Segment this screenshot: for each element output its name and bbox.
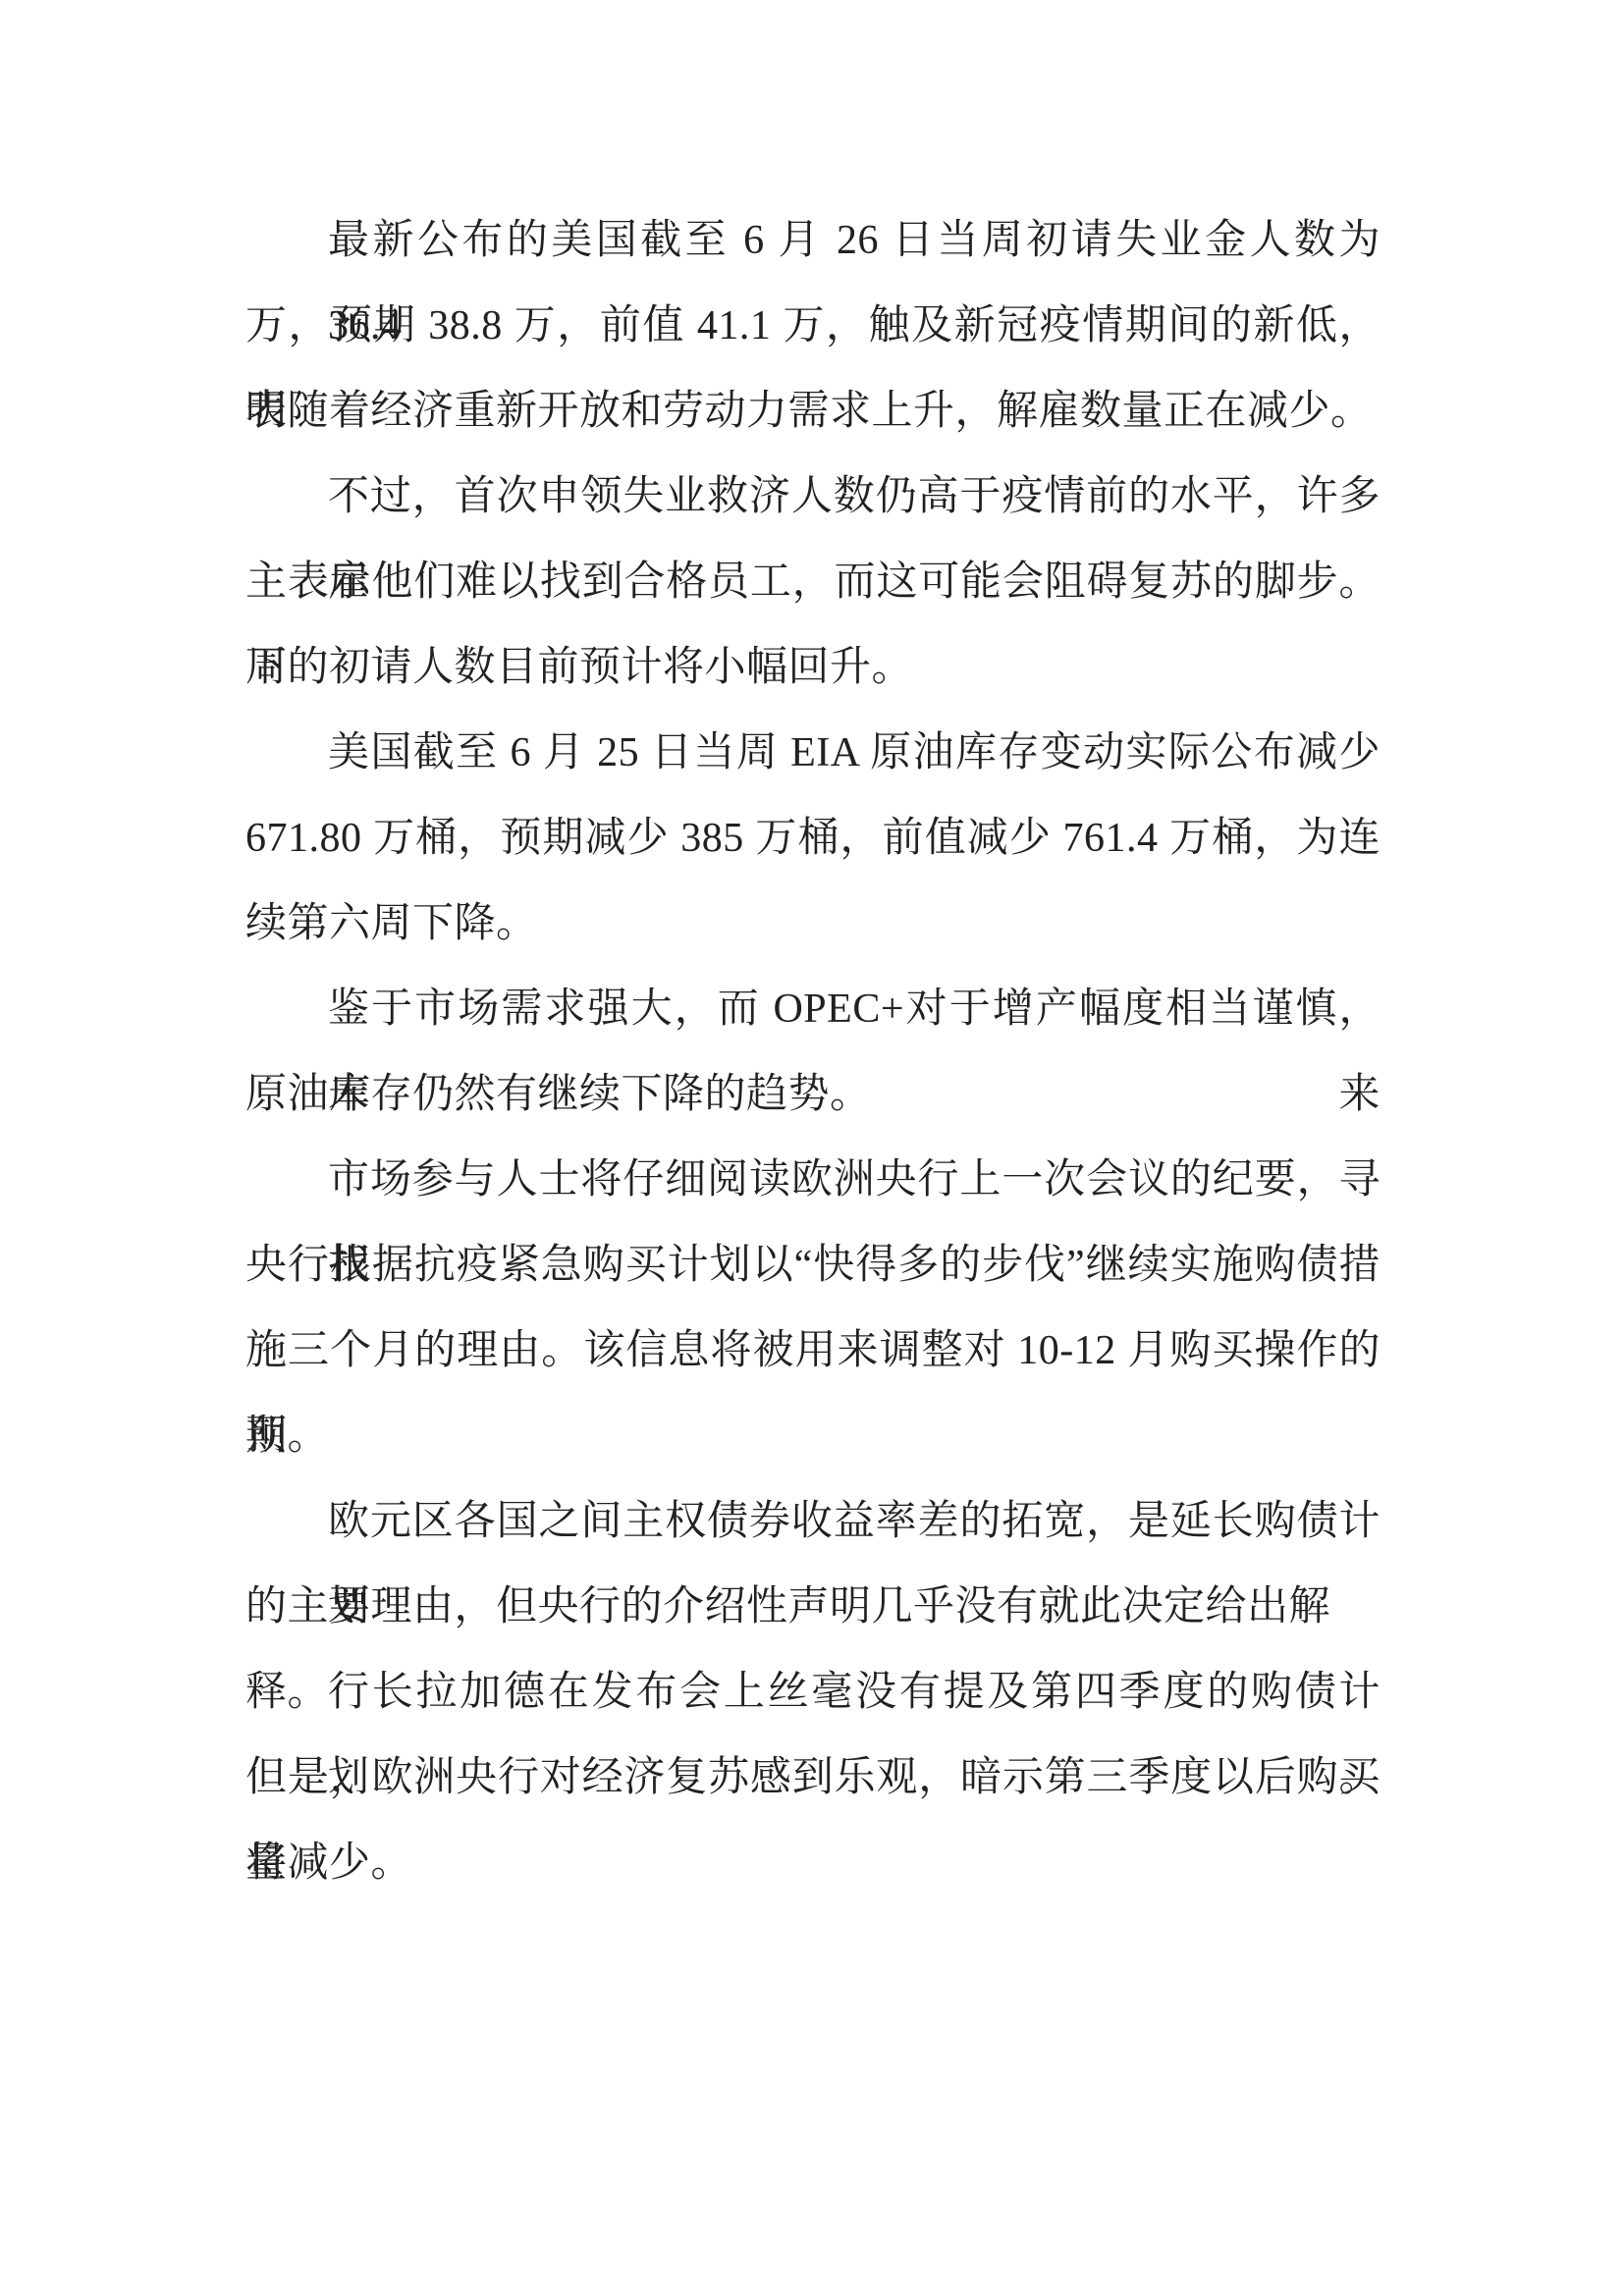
paragraph: 最新公布的美国截至 6 月 26 日当周初请失业金人数为 36.4万，预期 38… [245,198,1380,454]
text-line: 周的初请人数目前预计将小幅回升。 [245,625,1380,711]
paragraph: 欧元区各国之间主权债券收益率差的拓宽，是延长购债计划的主要理由，但央行的介绍性声… [245,1479,1380,1650]
paragraph: 美国截至 6 月 25 日当周 EIA 原油库存变动实际公布减少671.80 万… [245,711,1380,967]
text-line: 最新公布的美国截至 6 月 26 日当周初请失业金人数为 36.4 [245,198,1380,284]
text-line: 欧元区各国之间主权债券收益率差的拓宽，是延长购债计划 [245,1479,1380,1565]
text-line: 不过，首次申领失业救济人数仍高于疫情前的水平，许多雇 [245,454,1380,540]
text-block: 最新公布的美国截至 6 月 26 日当周初请失业金人数为 36.4万，预期 38… [245,198,1380,1906]
text-line: 行长拉加德在发布会上丝毫没有提及第四季度的购债计划。 [245,1650,1380,1735]
text-line: 的主要理由，但央行的介绍性声明几乎没有就此决定给出解释。 [245,1565,1380,1650]
text-line: 明随着经济重新开放和劳动力需求上升，解雇数量正在减少。 [245,369,1380,454]
paragraph: 市场参与人士将仔细阅读欧洲央行上一次会议的纪要，寻找央行根据抗疫紧急购买计划以“… [245,1138,1380,1479]
text-line: 鉴于市场需求强大，而 OPEC+对于增产幅度相当谨慎，未来 [245,967,1380,1052]
text-line: 将减少。 [245,1821,1380,1906]
text-line: 671.80 万桶，预期减少 385 万桶，前值减少 761.4 万桶，为连 [245,796,1380,881]
text-line: 施三个月的理由。该信息将被用来调整对 10-12 月购买操作的预 [245,1308,1380,1394]
text-line: 但是，欧洲央行对经济复苏感到乐观，暗示第三季度以后购买量 [245,1735,1380,1821]
text-line: 主表示他们难以找到合格员工，而这可能会阻碍复苏的脚步。下 [245,540,1380,625]
paragraph: 行长拉加德在发布会上丝毫没有提及第四季度的购债计划。但是，欧洲央行对经济复苏感到… [245,1650,1380,1906]
paragraph: 不过，首次申领失业救济人数仍高于疫情前的水平，许多雇主表示他们难以找到合格员工，… [245,454,1380,711]
paragraph: 鉴于市场需求强大，而 OPEC+对于增产幅度相当谨慎，未来原油库存仍然有继续下降… [245,967,1380,1138]
text-line: 期。 [245,1394,1380,1479]
text-line: 美国截至 6 月 25 日当周 EIA 原油库存变动实际公布减少 [245,711,1380,796]
text-line: 续第六周下降。 [245,881,1380,967]
text-line: 央行根据抗疫紧急购买计划以“快得多的步伐”继续实施购债措 [245,1223,1380,1308]
text-line: 万，预期 38.8 万，前值 41.1 万，触及新冠疫情期间的新低，表 [245,284,1380,369]
document-page: 最新公布的美国截至 6 月 26 日当周初请失业金人数为 36.4万，预期 38… [0,0,1624,2296]
text-line: 市场参与人士将仔细阅读欧洲央行上一次会议的纪要，寻找 [245,1138,1380,1223]
